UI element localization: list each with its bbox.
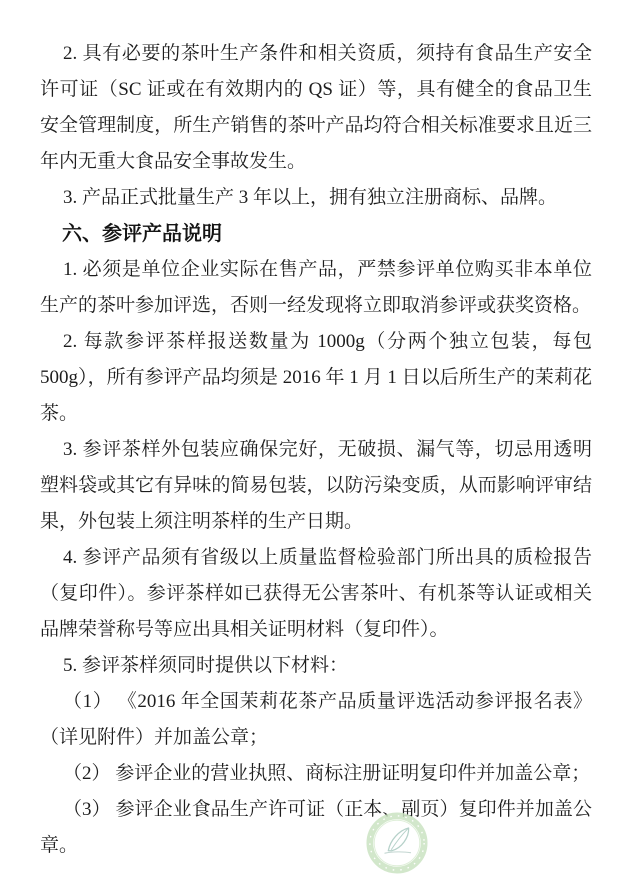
document-page: 2. 具有必要的茶叶生产条件和相关资质，须持有食品生产安全许可证（SC 证或在有… xyxy=(0,0,627,882)
paragraph-material-3: （3） 参评企业食品生产许可证（正本、副页）复印件并加盖公章。 xyxy=(40,792,592,864)
paragraph-product-2: 2. 每款参评茶样报送数量为 1000g（分两个独立包装，每包 500g），所有… xyxy=(40,324,592,432)
paragraph-requirement-2: 2. 具有必要的茶叶生产条件和相关资质，须持有食品生产安全许可证（SC 证或在有… xyxy=(40,36,592,180)
paragraph-material-2: （2） 参评企业的营业执照、商标注册证明复印件并加盖公章； xyxy=(40,756,592,792)
paragraph-product-3: 3. 参评茶样外包装应确保完好，无破损、漏气等，切忌用透明塑料袋或其它有异味的简… xyxy=(40,432,592,540)
paragraph-product-1: 1. 必须是单位企业实际在售产品，严禁参评单位购买非本单位生产的茶叶参加评选，否… xyxy=(40,252,592,324)
paragraph-requirement-3: 3. 产品正式批量生产 3 年以上，拥有独立注册商标、品牌。 xyxy=(40,180,592,216)
section-heading-6: 六、参评产品说明 xyxy=(40,216,592,252)
paragraph-material-1: （1） 《2016 年全国茉莉花茶产品质量评选活动参评报名表》（详见附件）并加盖… xyxy=(40,684,592,756)
paragraph-product-5: 5. 参评茶样须同时提供以下材料： xyxy=(40,648,592,684)
paragraph-product-4: 4. 参评产品须有省级以上质量监督检验部门所出具的质检报告（复印件）。参评茶样如… xyxy=(40,540,592,648)
document-body: 2. 具有必要的茶叶生产条件和相关资质，须持有食品生产安全许可证（SC 证或在有… xyxy=(40,36,592,864)
